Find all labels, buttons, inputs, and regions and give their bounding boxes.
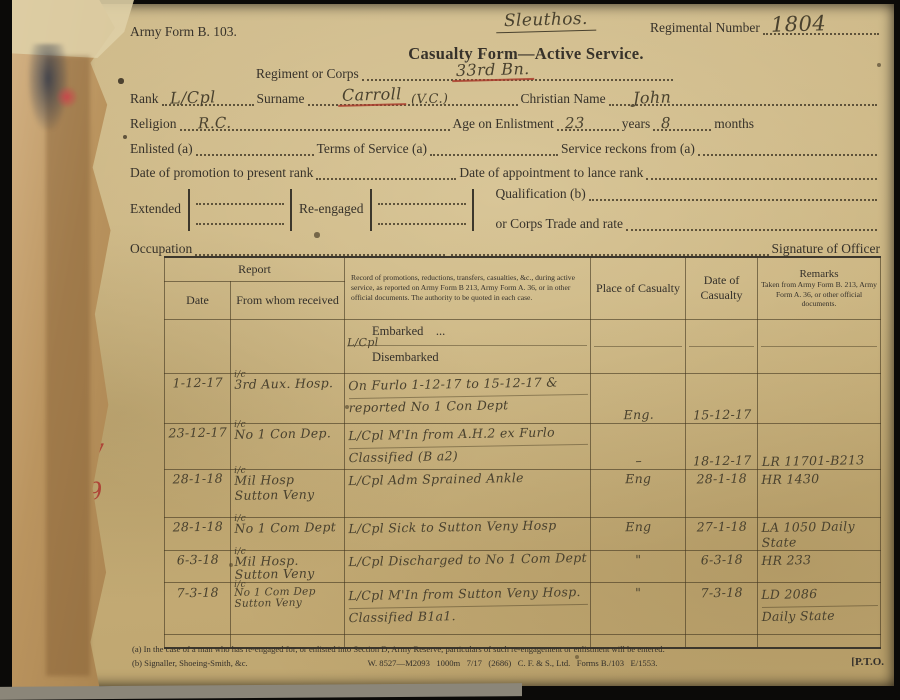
age-years-field: 23 xyxy=(557,118,619,131)
from-whom-cell: i/c No 1 Com Dept xyxy=(230,516,345,551)
signature-field xyxy=(451,243,768,256)
record-cell: L/Cpl Sick to Sutton Veny Hosp xyxy=(344,515,591,552)
from-line-1: No 1 Com Dept xyxy=(234,518,341,536)
christian-name-value: John xyxy=(632,90,671,107)
date-header: Date xyxy=(165,281,231,319)
extended-bracket-field xyxy=(188,189,292,231)
reengaged-dotted-line xyxy=(378,193,466,205)
remarks-subtitle: Taken from Army Form B. 213, Army Form A… xyxy=(761,280,877,308)
footnote-a: (a) In the case of a man who has re-enga… xyxy=(132,644,884,654)
handwritten-annotation: Sleuthos. xyxy=(496,10,596,32)
age-label: Age on Enlistment xyxy=(453,116,554,133)
corps-trade-label: or Corps Trade and rate xyxy=(495,216,622,233)
corps-trade-line: or Corps Trade and rate xyxy=(495,216,880,233)
casualty-table: Report Record of promotions, reductions,… xyxy=(164,256,881,649)
pto-label: [P.T.O. xyxy=(851,656,884,668)
report-header: Report xyxy=(165,257,345,281)
remarks-cell xyxy=(757,372,881,424)
table-header: Report Record of promotions, reductions,… xyxy=(165,257,881,319)
remarks-cell: HR 233 xyxy=(757,549,881,584)
lance-rank-label: Date of appointment to lance rank xyxy=(459,165,643,182)
ic-annotation: i/c xyxy=(233,369,245,379)
from-whom-header: From whom received xyxy=(231,281,345,319)
rank-line: Rank L/Cpl Surname Carroll (V.C.) Christ… xyxy=(130,91,880,108)
from-whom-cell: i/c No 1 Con Dep. xyxy=(230,422,345,470)
remarks-header: Remarks Taken from Army Form B. 213, Arm… xyxy=(758,257,881,319)
engagement-block: Extended Re-engaged Qualification (b) or… xyxy=(130,186,880,233)
record-header: Record of promotions, reductions, transf… xyxy=(345,257,591,319)
table-row: 28-1-18 i/c Mil Hosp Sutton Veny L/Cpl A… xyxy=(165,469,881,517)
promotion-label: Date of promotion to present rank xyxy=(130,165,313,182)
report-date-cell: 6-3-18 xyxy=(164,549,231,583)
corps-trade-field xyxy=(626,218,877,231)
from-line-1: 3rd Aux. Hosp. xyxy=(234,374,341,392)
record-line-2: Classified (B a2) xyxy=(348,445,587,465)
ic-annotation: i/c xyxy=(234,546,246,556)
religion-field: R.C. xyxy=(180,118,450,131)
regiment-field: 33rd Bn. xyxy=(362,68,673,81)
record-cell: L/Cpl Adm Sprained Ankle xyxy=(344,467,591,519)
table-row: 7-3-18 i/c No 1 Com Dep Sutton Veny L/Cp… xyxy=(165,583,881,635)
form-content: Army Form B. 103. Sleuthos. Regimental N… xyxy=(16,4,894,686)
table-row: 6-3-18 i/c Mil Hosp. Sutton Veny L/Cpl D… xyxy=(165,550,881,583)
casualty-date-cell: 15-12-17 xyxy=(685,372,758,423)
rank-label: Rank xyxy=(130,91,159,108)
place-of-casualty-header: Place of Casualty xyxy=(591,257,686,319)
ic-annotation: i/c xyxy=(234,419,246,429)
regiment-value: 33rd Bn. xyxy=(452,61,534,82)
embark-annotation: L/Cpl xyxy=(347,335,379,349)
regimental-number-value: 1804 xyxy=(771,13,827,35)
rank-field: L/Cpl xyxy=(162,93,254,106)
report-date-cell: 28-1-18 xyxy=(164,516,231,550)
reengaged-label: Re-engaged xyxy=(299,201,363,218)
record-cell: L/Cpl M'In from Sutton Veny Hosp. Classi… xyxy=(344,580,591,636)
embark-from-cell xyxy=(231,319,345,373)
from-line-1: No 1 Com Dep Sutton Veny xyxy=(234,583,341,610)
extended-dotted-line xyxy=(196,213,284,225)
form-number-label: Army Form B. 103. xyxy=(130,24,237,41)
report-date-cell: 7-3-18 xyxy=(164,582,231,635)
embarked-label: Embarked ... xyxy=(348,321,587,346)
annotation-text: Sleuthos. xyxy=(496,9,596,34)
table-row: 23-12-17 i/c No 1 Con Dep. L/Cpl M'In fr… xyxy=(165,423,881,469)
disembarked-label: Disembarked xyxy=(348,346,587,365)
remarks-cell: LD 2086 Daily State xyxy=(757,581,881,635)
casualty-date-cell: 28-1-18 xyxy=(685,468,758,517)
remarks-cell: HR 1430 xyxy=(757,468,881,518)
years-label: years xyxy=(622,116,650,133)
qualification-field xyxy=(589,188,877,201)
from-line-1: Mil Hosp. Sutton Veny xyxy=(234,551,342,582)
table-row: 1-12-17 i/c 3rd Aux. Hosp. On Furlo 1-12… xyxy=(165,373,881,423)
regiment-label: Regiment or Corps xyxy=(256,66,359,83)
terms-of-service-label: Terms of Service (a) xyxy=(317,141,427,158)
scanned-form-paper: Army Form B. 103. Sleuthos. Regimental N… xyxy=(16,4,894,686)
torn-edge-shadow xyxy=(46,56,90,676)
place-cell: – xyxy=(590,422,686,470)
christian-name-label: Christian Name xyxy=(521,91,606,108)
enlisted-line: Enlisted (a) Terms of Service (a) Servic… xyxy=(130,141,880,158)
from-line-1: No 1 Con Dep. xyxy=(234,424,341,442)
from-whom-cell: i/c No 1 Com Dep Sutton Veny xyxy=(230,582,345,636)
remarks-line-2: Daily State xyxy=(761,606,877,624)
embark-record-cell: L/Cpl Embarked ... Disembarked xyxy=(345,319,591,373)
surname-field: Carroll (V.C.) xyxy=(308,93,518,106)
footer-line: (b) Signaller, Shoeing-Smith, &c. W. 852… xyxy=(132,656,884,668)
age-months-value: 8 xyxy=(661,116,671,131)
place-cell: Eng xyxy=(590,468,686,518)
record-cell: L/Cpl Discharged to No 1 Com Dept xyxy=(344,548,591,585)
remarks-cell: LA 1050 Daily State xyxy=(757,516,881,551)
promotion-field xyxy=(316,167,456,180)
embark-date-cell xyxy=(165,319,231,373)
surname-suffix: (V.C.) xyxy=(411,93,449,107)
regimental-number-label: Regimental Number xyxy=(650,20,760,37)
place-cell: Eng xyxy=(590,516,686,551)
qualification-column: Qualification (b) or Corps Trade and rat… xyxy=(495,186,880,233)
regimental-number-line: Regimental Number 1804 xyxy=(650,20,882,37)
religion-label: Religion xyxy=(130,116,177,133)
ic-annotation: i/c xyxy=(234,465,246,475)
record-cell: On Furlo 1-12-17 to 15-12-17 & reported … xyxy=(344,371,591,425)
footnote-b: (b) Signaller, Shoeing-Smith, &c. xyxy=(132,658,248,668)
christian-name-field: John xyxy=(609,93,877,106)
casualty-date-cell: 27-1-18 xyxy=(685,516,758,550)
extended-label: Extended xyxy=(130,201,181,218)
report-date-cell: 1-12-17 xyxy=(164,372,231,423)
surname-label: Surname xyxy=(257,91,305,108)
surname-value: Carroll xyxy=(337,86,405,107)
age-years-value: 23 xyxy=(565,116,585,132)
record-cell: L/Cpl M'In from A.H.2 ex Furlo Classifie… xyxy=(344,421,591,471)
form-number: Army Form B. 103. xyxy=(130,24,237,41)
reengaged-bracket-field xyxy=(370,189,474,231)
embark-place-cell xyxy=(591,319,686,373)
ic-annotation: i/c xyxy=(234,513,246,523)
embark-row: L/Cpl Embarked ... Disembarked xyxy=(165,319,881,373)
place-cell: " xyxy=(590,582,686,636)
place-cell: " xyxy=(590,549,686,583)
occupation-field xyxy=(195,243,445,256)
service-reckons-label: Service reckons from (a) xyxy=(561,141,695,158)
from-line-2: Sutton Veny xyxy=(234,485,341,503)
rank-value: L/Cpl xyxy=(169,89,215,106)
from-whom-cell: i/c Mil Hosp Sutton Veny xyxy=(230,468,345,518)
report-date-cell: 28-1-18 xyxy=(164,468,231,517)
print-code: W. 8527—M2093 1000m 7/17 (2686) C. F. & … xyxy=(368,658,658,668)
terms-of-service-field xyxy=(430,143,558,156)
record-line-2: reported No 1 Con Dept xyxy=(348,395,587,415)
red-smudge xyxy=(55,86,79,108)
from-whom-cell: i/c 3rd Aux. Hosp. xyxy=(230,372,345,424)
enlisted-label: Enlisted (a) xyxy=(130,141,193,158)
religion-line: Religion R.C. Age on Enlistment 23 years… xyxy=(130,116,880,133)
table-row: 28-1-18 i/c No 1 Com Dept L/Cpl Sick to … xyxy=(165,517,881,550)
lance-rank-field xyxy=(646,167,877,180)
promotion-line: Date of promotion to present rank Date o… xyxy=(130,165,880,182)
date-of-casualty-header: Date of Casualty xyxy=(686,257,758,319)
from-line-1: Mil Hosp xyxy=(234,470,341,488)
qualification-label: Qualification (b) xyxy=(495,186,585,203)
casualty-date-cell: 7-3-18 xyxy=(685,582,758,635)
months-label: months xyxy=(714,116,754,133)
casualty-date-cell: 6-3-18 xyxy=(685,549,758,583)
casualty-date-cell: 18-12-17 xyxy=(685,422,758,469)
embark-remarks-cell xyxy=(758,319,881,373)
place-cell: Eng. xyxy=(590,372,686,424)
enlisted-field xyxy=(196,143,314,156)
service-reckons-field xyxy=(698,143,877,156)
religion-value: R.C. xyxy=(197,116,231,132)
scan-bottom-edge xyxy=(0,683,522,698)
regimental-number-field: 1804 xyxy=(763,22,879,35)
reengaged-dotted-line xyxy=(378,213,466,225)
ic-annotation: i/c xyxy=(233,579,245,589)
age-months-field: 8 xyxy=(653,118,711,131)
remarks-line-1: LD 2086 xyxy=(761,583,877,608)
embark-casdate-cell xyxy=(686,319,758,373)
from-whom-cell: i/c Mil Hosp. Sutton Veny xyxy=(230,549,345,583)
table-header-row-1: Report Record of promotions, reductions,… xyxy=(165,257,881,281)
regiment-line: Regiment or Corps 33rd Bn. xyxy=(256,66,676,83)
remarks-cell: LR 11701-B213 xyxy=(757,422,881,470)
remarks-title: Remarks xyxy=(761,268,877,280)
qualification-line: Qualification (b) xyxy=(495,186,880,203)
extended-dotted-line xyxy=(196,193,284,205)
report-date-cell: 23-12-17 xyxy=(164,422,231,469)
